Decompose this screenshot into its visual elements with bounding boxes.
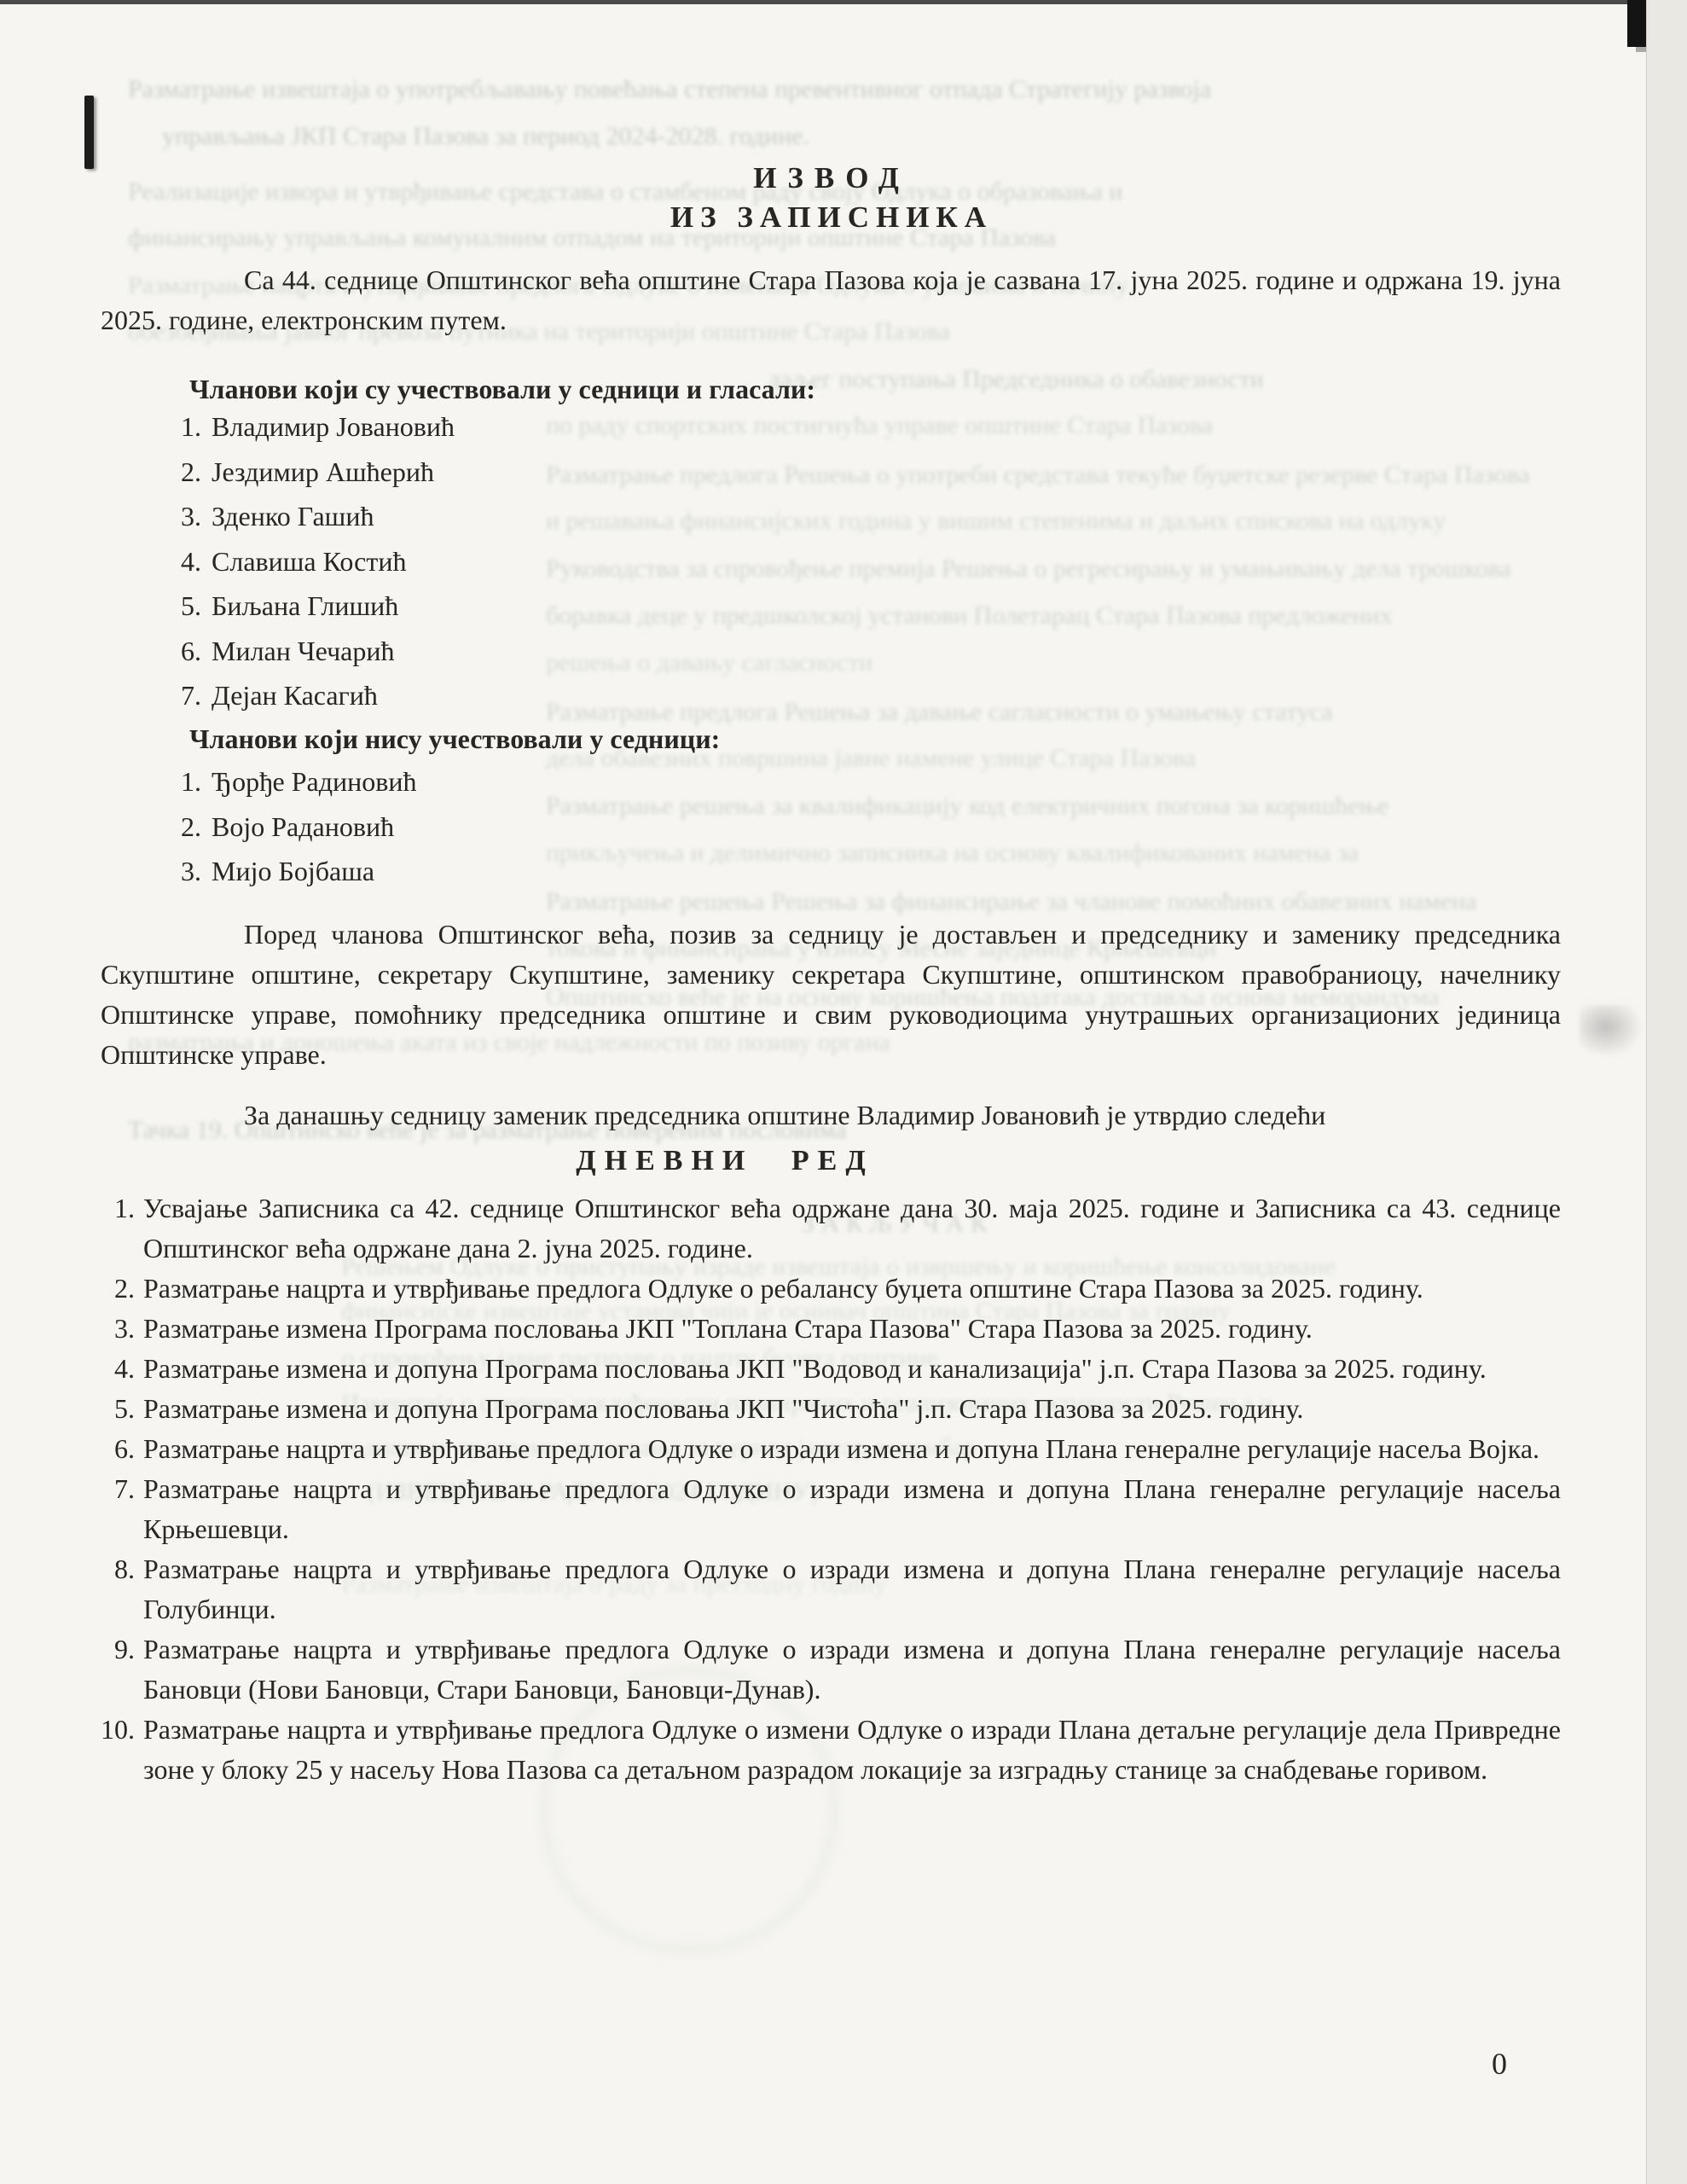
list-index: 5. xyxy=(181,590,206,622)
scan-top-edge xyxy=(0,0,1649,4)
list-index: 3. xyxy=(94,1309,135,1349)
list-item-text: Биљана Глишић xyxy=(212,590,398,621)
list-item: 7.Дејан Касагић xyxy=(181,680,455,725)
scan-left-mark xyxy=(84,96,94,169)
list-index: 1. xyxy=(181,766,206,798)
list-item: 2.Војо Радановић xyxy=(181,811,416,857)
list-item: 4.Разматрање измена и допуна Програма по… xyxy=(94,1349,1561,1389)
list-index: 2. xyxy=(181,811,206,843)
list-item-text: Разматрање нацрта и утврђивање предлога … xyxy=(143,1634,1561,1705)
bleedthrough-line: Разматрање предлога Решења за давање саг… xyxy=(546,698,1561,727)
list-index: 7. xyxy=(94,1469,135,1509)
list-item: 9.Разматрање нацрта и утврђивање предлог… xyxy=(94,1629,1561,1710)
absent-list: 1.Ђорђе Радиновић2.Војо Радановић3.Мијо … xyxy=(181,766,416,901)
bleedthrough-line: Разматрање решења Решења за финансирање … xyxy=(546,887,1561,916)
list-item-text: Разматрање нацрта и утврђивање предлога … xyxy=(143,1554,1561,1624)
list-item: 5.Разматрање измена и допуна Програма по… xyxy=(94,1389,1561,1429)
list-item-text: Славиша Костић xyxy=(212,546,406,577)
participants-heading: Чланови који су учествовали у седници и … xyxy=(189,374,815,405)
list-index: 1. xyxy=(181,411,206,443)
list-item: 3.Зденко Гашић xyxy=(181,501,455,546)
list-item: 8.Разматрање нацрта и утврђивање предлог… xyxy=(94,1549,1561,1629)
page-number: 0 xyxy=(1474,2046,1525,2082)
list-item: 1.Усвајање Записника са 42. седнице Општ… xyxy=(94,1188,1561,1269)
list-item-text: Мијо Бојбаша xyxy=(212,856,374,886)
list-index: 8. xyxy=(94,1549,135,1589)
list-item-text: Разматрање нацрта и утврђивање предлога … xyxy=(143,1273,1423,1304)
list-item-text: Разматрање нацрта и утврђивање предлога … xyxy=(143,1473,1561,1544)
list-item-text: Дејан Касагић xyxy=(212,680,378,711)
list-item: 4.Славиша Костић xyxy=(181,546,455,591)
bleedthrough-line: Разматрање извештаја о употребљавању пов… xyxy=(128,75,1561,104)
list-index: 3. xyxy=(181,856,206,887)
agenda-list: 1.Усвајање Записника са 42. седнице Општ… xyxy=(94,1188,1561,1790)
list-item: 5.Биљана Глишић xyxy=(181,590,455,636)
list-item: 7.Разматрање нацрта и утврђивање предлог… xyxy=(94,1469,1561,1549)
list-item-text: Усвајање Записника са 42. седнице Општин… xyxy=(143,1193,1561,1263)
page-right-edge xyxy=(1646,0,1687,2184)
list-item: 3.Разматрање измена Програма пословања Ј… xyxy=(94,1309,1561,1349)
document-title-line1: ИЗВОД xyxy=(597,161,1066,195)
list-item: 2.Разматрање нацрта и утврђивање предлог… xyxy=(94,1269,1561,1309)
bleedthrough-line: прикључења и делимично записника на осно… xyxy=(546,839,1561,868)
list-item: 10.Разматрање нацрта и утврђивање предло… xyxy=(94,1710,1561,1790)
list-index: 2. xyxy=(181,456,206,488)
agenda-intro: За данашњу седницу заменик председника о… xyxy=(101,1095,1561,1136)
bleedthrough-line: Разматрање решења за квалификацију код е… xyxy=(546,792,1561,821)
list-item-text: Разматрање нацрта и утврђивање предлога … xyxy=(143,1433,1539,1464)
list-item-text: Разматрање измена и допуна Програма посл… xyxy=(143,1353,1487,1384)
list-index: 4. xyxy=(181,546,206,578)
pencil-smudge xyxy=(1580,1005,1646,1060)
bleedthrough-line: Руководства за спровођење премија Решења… xyxy=(546,555,1561,584)
list-index: 6. xyxy=(181,636,206,667)
participants-list: 1.Владимир Јовановић2.Јездимир Ашћерић3.… xyxy=(181,411,455,725)
list-index: 2. xyxy=(94,1269,135,1309)
document-page: Разматрање извештаја о употребљавању пов… xyxy=(0,0,1687,2184)
bleedthrough-line: и решавања финансијских година у вишим с… xyxy=(546,507,1561,536)
list-index: 6. xyxy=(94,1429,135,1469)
list-item-text: Разматрање измена Програма пословања ЈКП… xyxy=(143,1313,1313,1344)
bleedthrough-line: управљања ЈКП Стара Пазова за период 202… xyxy=(162,122,1083,151)
list-index: 1. xyxy=(94,1188,135,1228)
list-item-text: Разматрање измена и допуна Програма посл… xyxy=(143,1393,1303,1424)
document-title-line2: ИЗ ЗАПИСНИКА xyxy=(597,200,1066,235)
list-index: 7. xyxy=(181,680,206,712)
list-item-text: Ђорђе Радиновић xyxy=(212,766,416,797)
list-item-text: Разматрање нацрта и утврђивање предлога … xyxy=(143,1714,1561,1785)
list-item-text: Јездимир Ашћерић xyxy=(212,456,434,487)
bleedthrough-line: по раду спортских постигнућа управе општ… xyxy=(546,411,1561,440)
list-index: 10. xyxy=(94,1710,135,1750)
list-item: 3.Мијо Бојбаша xyxy=(181,856,416,901)
bleedthrough-line: даљег поступања Председника о обавезност… xyxy=(768,365,1561,394)
list-item-text: Војо Радановић xyxy=(212,811,394,842)
list-index: 4. xyxy=(94,1349,135,1389)
list-item: 2.Јездимир Ашћерић xyxy=(181,456,455,502)
list-item: 1.Ђорђе Радиновић xyxy=(181,766,416,811)
list-index: 3. xyxy=(181,501,206,532)
list-item-text: Зденко Гашић xyxy=(212,501,374,531)
intro-paragraph: Са 44. седнице Општинског већа општине С… xyxy=(101,260,1561,340)
absent-heading: Чланови који нису учествовали у седници: xyxy=(189,723,720,755)
list-item: 6.Разматрање нацрта и утврђивање предлог… xyxy=(94,1429,1561,1469)
bleedthrough-line: боравка деце у предшколској установи Пол… xyxy=(546,601,1561,630)
bleedthrough-line: Разматрање предлога Решења о употреби ср… xyxy=(546,461,1561,490)
list-item: 6.Милан Чечарић xyxy=(181,636,455,681)
agenda-heading: ДНЕВНИ РЕД xyxy=(512,1145,938,1177)
list-index: 5. xyxy=(94,1389,135,1429)
list-item-text: Владимир Јовановић xyxy=(212,411,455,442)
list-index: 9. xyxy=(94,1629,135,1670)
list-item: 1.Владимир Јовановић xyxy=(181,411,455,456)
bleedthrough-line: решења о давању сагласности xyxy=(546,648,1092,677)
list-item-text: Милан Чечарић xyxy=(212,636,395,666)
invite-paragraph: Поред чланова Општинског већа, позив за … xyxy=(101,915,1561,1075)
